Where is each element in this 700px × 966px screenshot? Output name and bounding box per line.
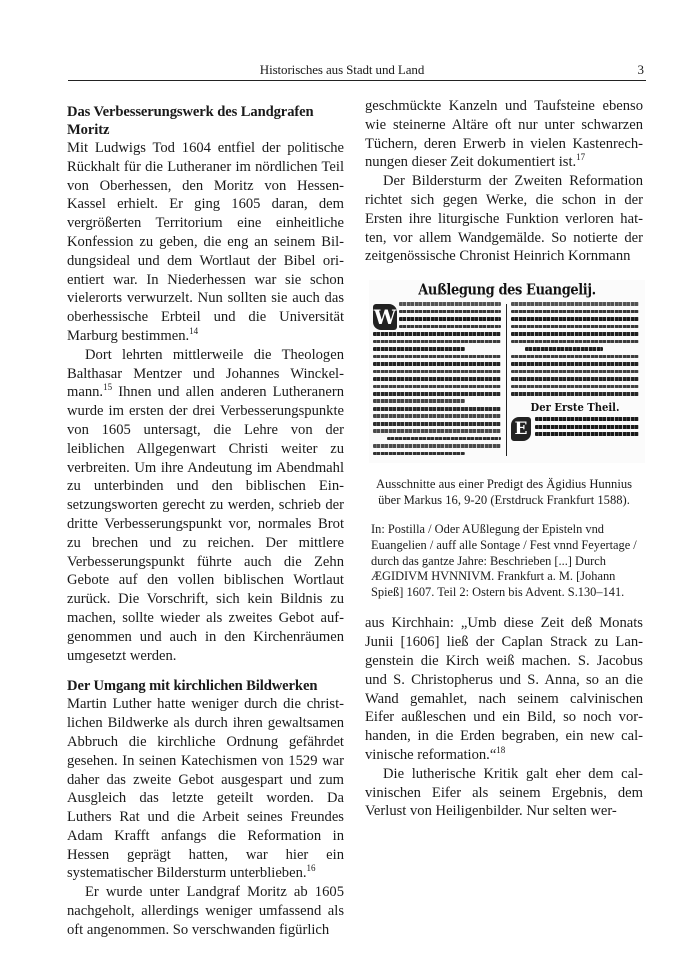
facsimile-text-line xyxy=(373,385,501,389)
facsimile-text-line xyxy=(373,362,501,366)
facsimile-text-line xyxy=(511,377,639,381)
facsimile-text-line xyxy=(511,302,639,306)
sermon-facsimile-image: Außlegung des Euangelij. W Der Erste The… xyxy=(369,280,645,463)
paragraph: Mit Ludwigs Tod 1604 entfiel der politis… xyxy=(67,139,344,346)
paragraph: aus Kirchhain: „Umb diese Zeit deß Monat… xyxy=(365,614,643,764)
facsimile-text-line xyxy=(373,377,501,381)
footnote-ref[interactable]: 17 xyxy=(576,152,585,162)
facsimile-text-line xyxy=(373,332,501,336)
facsimile-text-line xyxy=(373,414,501,418)
heading-line-2: Moritz xyxy=(67,122,109,138)
paragraph: Martin Luther hatte weniger durch die ch… xyxy=(67,695,344,883)
heading-line-1: Das Verbesserungswerk des Landgrafen xyxy=(67,104,314,120)
figure-caption: Ausschnitte aus einer Predigt des Ägidiu… xyxy=(365,477,643,508)
running-header: Historisches aus Stadt und Land 3 xyxy=(68,62,646,81)
section-heading: Der Umgang mit kirchlichen Bildwerken xyxy=(67,677,344,695)
facsimile-text-line xyxy=(511,332,639,336)
facsimile-text-line xyxy=(373,407,501,411)
facsimile-text-line xyxy=(387,437,501,441)
ornamental-initial-icon: E xyxy=(511,417,531,441)
facsimile-text-line xyxy=(373,399,465,403)
facsimile-text-line xyxy=(373,422,501,426)
figure-source-citation: In: Postilla / Oder AUßlegung der Episte… xyxy=(371,522,643,600)
document-page: Historisches aus Stadt und Land 3 Das Ve… xyxy=(0,0,700,966)
facsimile-text-line xyxy=(373,452,465,456)
facsimile-text-line xyxy=(511,370,639,374)
facsimile-text-line xyxy=(511,392,639,396)
facsimile-column-rule xyxy=(506,304,507,456)
facsimile-text-line xyxy=(511,362,639,366)
section-bildwerke: Der Umgang mit kirchlichen Bildwerken Ma… xyxy=(67,677,344,939)
footnote-ref[interactable]: 14 xyxy=(189,326,198,336)
left-column: Das Verbesserungswerk des Landgrafen Mor… xyxy=(67,103,344,940)
running-title: Historisches aus Stadt und Land xyxy=(68,62,616,78)
section-heading: Das Verbesserungswerk des Landgrafen Mor… xyxy=(67,103,344,139)
footnote-ref[interactable]: 15 xyxy=(103,382,112,392)
paragraph: Dort lehrten mittlerweile die Theologen … xyxy=(67,346,344,666)
right-column: geschmückte Kanzeln und Taufsteine ebens… xyxy=(365,97,643,821)
facsimile-text-line xyxy=(373,429,501,433)
spacer xyxy=(365,600,643,614)
facsimile-text-line xyxy=(511,340,639,344)
facsimile-text-line xyxy=(373,347,465,351)
facsimile-text-line xyxy=(511,325,639,329)
facsimile-text-line xyxy=(373,444,501,448)
paragraph: Er wurde unter Landgraf Moritz ab 1605 n… xyxy=(67,883,344,939)
paragraph: Die lutherische Kritik galt eher dem cal… xyxy=(365,765,643,821)
section-gap xyxy=(67,665,344,677)
facsimile-text-line xyxy=(399,302,501,306)
facsimile-text-line xyxy=(373,392,501,396)
facsimile-text-line xyxy=(373,370,501,374)
facsimile-text-line xyxy=(399,325,501,329)
facsimile-text-line xyxy=(535,425,639,429)
facsimile-text-line xyxy=(535,432,639,436)
facsimile-title: Außlegung des Euangelij. xyxy=(369,281,645,303)
footnote-ref[interactable]: 18 xyxy=(496,745,505,755)
facsimile-text-line xyxy=(373,340,501,344)
facsimile-text-line xyxy=(511,355,639,359)
facsimile-text-line xyxy=(399,310,501,314)
page-number: 3 xyxy=(638,62,645,78)
section-verbesserungswerk: Das Verbesserungswerk des Landgrafen Mor… xyxy=(67,103,344,665)
facsimile-text-line xyxy=(511,385,639,389)
facsimile-text-line xyxy=(373,355,501,359)
ornamental-initial-icon: W xyxy=(373,304,397,330)
facsimile-text-line xyxy=(399,317,501,321)
paragraph: geschmückte Kanzeln und Taufsteine ebens… xyxy=(365,97,643,172)
facsimile-text-line xyxy=(511,317,639,321)
paragraph: Der Bildersturm der Zweiten Reformati­on… xyxy=(365,172,643,266)
footnote-ref[interactable]: 16 xyxy=(307,863,316,873)
facsimile-text-line xyxy=(525,347,603,351)
facsimile-text-line xyxy=(511,310,639,314)
